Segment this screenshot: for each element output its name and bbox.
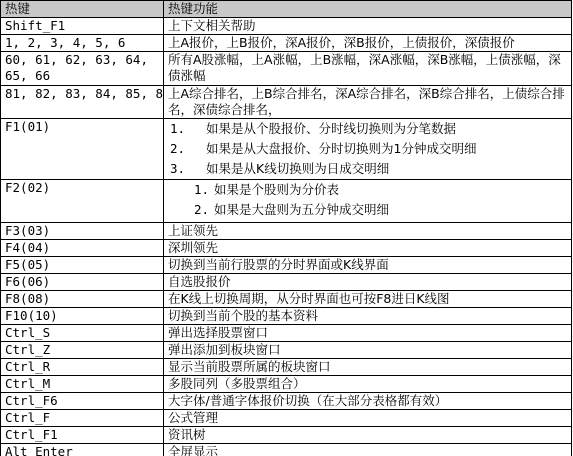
table-row: F6(06) 自选股报价 [1, 274, 572, 291]
list-number: 2. [194, 200, 214, 220]
hotkey-cell: Ctrl_M [1, 376, 164, 393]
hotkey-cell: Ctrl_S [1, 325, 164, 342]
table-row: Shift_F1 上下文相关帮助 [1, 18, 572, 35]
list-text: 如果是从K线切换则为日成交明细 [206, 161, 389, 176]
table-row: F8(08) 在K线上切换周期，从分时界面也可按F8进日K线图 [1, 291, 572, 308]
table-row: 81, 82, 83, 84, 85, 86 上A综合排名，上B综合排名，深A综… [1, 86, 572, 119]
function-cell: 全屏显示 [164, 444, 572, 456]
hotkey-cell: Ctrl_F6 [1, 393, 164, 410]
list-number: 1. [194, 180, 214, 200]
function-cell: 上证领先 [164, 223, 572, 240]
list-item: 1.如果是个股则为分价表 [168, 180, 571, 200]
function-cell: 上下文相关帮助 [164, 18, 572, 35]
hotkey-cell: F3(03) [1, 223, 164, 240]
hotkey-cell: F10(10) [1, 308, 164, 325]
hotkey-cell: 81, 82, 83, 84, 85, 86 [1, 86, 164, 119]
list-text: 如果是从大盘报价、分时切换则为1分钟成交明细 [206, 141, 476, 156]
function-list-cell: 1.如果是从个股报价、分时线切换则为分笔数据 2.如果是从大盘报价、分时切换则为… [164, 119, 572, 180]
hotkey-cell: Shift_F1 [1, 18, 164, 35]
table-row: F10(10) 切换到当前个股的基本资料 [1, 308, 572, 325]
table-row: Ctrl_F1 资讯树 [1, 427, 572, 444]
header-hotkey-function: 热键功能 [164, 1, 572, 18]
hotkey-table: 热键 热键功能 Shift_F1 上下文相关帮助 1, 2, 3, 4, 5, … [0, 0, 572, 456]
list-number: 3. [168, 159, 206, 179]
function-cell: 公式管理 [164, 410, 572, 427]
table-row: 1, 2, 3, 4, 5, 6 上A报价，上B报价，深A报价，深B报价，上债报… [1, 35, 572, 52]
hotkey-cell: F2(02) [1, 180, 164, 223]
header-hotkey: 热键 [1, 1, 164, 18]
table-row: Ctrl_F 公式管理 [1, 410, 572, 427]
table-row: Ctrl_M 多股同列（多股票组合） [1, 376, 572, 393]
table-row: Ctrl_F6 大字体/普通字体报价切换（在大部分表格都有效） [1, 393, 572, 410]
hotkey-cell: 1, 2, 3, 4, 5, 6 [1, 35, 164, 52]
list-text: 如果是个股则为分价表 [214, 182, 339, 197]
hotkey-cell: F6(06) [1, 274, 164, 291]
hotkey-cell: F4(04) [1, 240, 164, 257]
table-row: F3(03) 上证领先 [1, 223, 572, 240]
function-cell: 上A报价，上B报价，深A报价，深B报价，上债报价，深债报价 [164, 35, 572, 52]
hotkey-cell: 60, 61, 62, 63, 64, 65, 66 [1, 52, 164, 86]
table-row: F1(01) 1.如果是从个股报价、分时线切换则为分笔数据 2.如果是从大盘报价… [1, 119, 572, 180]
list-text: 如果是从个股报价、分时线切换则为分笔数据 [206, 121, 456, 136]
function-cell: 所有A股涨幅，上A涨幅，上B涨幅，深A涨幅，深B涨幅，上债涨幅，深债涨幅 [164, 52, 572, 86]
function-cell: 资讯树 [164, 427, 572, 444]
hotkey-cell: Ctrl_F [1, 410, 164, 427]
hotkey-cell: F8(08) [1, 291, 164, 308]
function-cell: 切换到当前个股的基本资料 [164, 308, 572, 325]
function-cell: 大字体/普通字体报价切换（在大部分表格都有效） [164, 393, 572, 410]
function-list-cell: 1.如果是个股则为分价表 2.如果是大盘则为五分钟成交明细 [164, 180, 572, 223]
table-row: F2(02) 1.如果是个股则为分价表 2.如果是大盘则为五分钟成交明细 [1, 180, 572, 223]
hotkey-cell: Ctrl_Z [1, 342, 164, 359]
table-row: F4(04) 深圳领先 [1, 240, 572, 257]
function-cell: 上A综合排名，上B综合排名，深A综合排名，深B综合排名，上债综合排名，深债综合排… [164, 86, 572, 119]
table-row: Ctrl_R 显示当前股票所属的板块窗口 [1, 359, 572, 376]
list-text: 如果是大盘则为五分钟成交明细 [214, 202, 389, 217]
hotkey-cell: F1(01) [1, 119, 164, 180]
function-cell: 深圳领先 [164, 240, 572, 257]
hotkey-cell: F5(05) [1, 257, 164, 274]
table-row: Alt_Enter 全屏显示 [1, 444, 572, 456]
function-cell: 切换到当前行股票的分时界面或K线界面 [164, 257, 572, 274]
function-cell: 显示当前股票所属的板块窗口 [164, 359, 572, 376]
table-row: Ctrl_Z 弹出添加到板块窗口 [1, 342, 572, 359]
list-item: 3.如果是从K线切换则为日成交明细 [168, 159, 571, 179]
list-number: 2. [168, 139, 206, 159]
table-row: 60, 61, 62, 63, 64, 65, 66 所有A股涨幅，上A涨幅，上… [1, 52, 572, 86]
function-cell: 弹出选择股票窗口 [164, 325, 572, 342]
function-cell: 多股同列（多股票组合） [164, 376, 572, 393]
function-cell: 自选股报价 [164, 274, 572, 291]
function-cell: 弹出添加到板块窗口 [164, 342, 572, 359]
hotkey-cell: Ctrl_F1 [1, 427, 164, 444]
list-item: 2.如果是大盘则为五分钟成交明细 [168, 200, 571, 220]
table-row: Ctrl_S 弹出选择股票窗口 [1, 325, 572, 342]
function-cell: 在K线上切换周期，从分时界面也可按F8进日K线图 [164, 291, 572, 308]
list-item: 2.如果是从大盘报价、分时切换则为1分钟成交明细 [168, 139, 571, 159]
hotkey-cell: Ctrl_R [1, 359, 164, 376]
header-row: 热键 热键功能 [1, 1, 572, 18]
list-number: 1. [168, 119, 206, 139]
list-item: 1.如果是从个股报价、分时线切换则为分笔数据 [168, 119, 571, 139]
table-row: F5(05) 切换到当前行股票的分时界面或K线界面 [1, 257, 572, 274]
hotkey-cell: Alt_Enter [1, 444, 164, 456]
